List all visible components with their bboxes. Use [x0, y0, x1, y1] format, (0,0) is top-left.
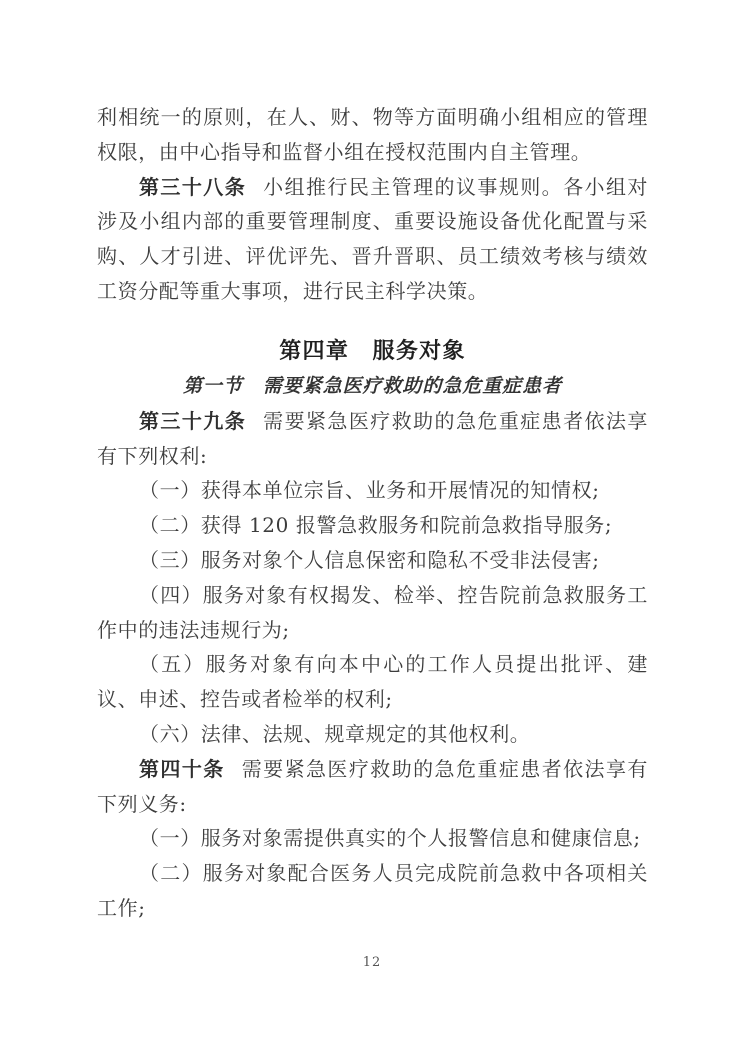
section-heading: 第一节 需要紧急医疗救助的急危重症患者 — [97, 368, 648, 404]
article-39-paragraph: 第三十九条需要紧急医疗救助的急危重症患者依法享有下列权利: — [97, 404, 648, 474]
article-40-number: 第四十条 — [139, 757, 225, 781]
page-number: 12 — [0, 955, 744, 970]
article-38-paragraph: 第三十八条小组推行民主管理的议事规则。各小组对涉及小组内部的重要管理制度、重要设… — [97, 170, 648, 309]
duties-item-2: （二）服务对象配合医务人员完成院前急救中各项相关工作; — [97, 856, 648, 926]
rights-item-2: （二）获得 120 报警急救服务和院前急救指导服务; — [97, 508, 648, 543]
document-page: 利相统一的原则，在人、财、物等方面明确小组相应的管理权限，由中心指导和监督小组在… — [0, 0, 744, 1052]
article-39-number: 第三十九条 — [139, 409, 246, 433]
rights-item-5: （五）服务对象有向本中心的工作人员提出批评、建议、申述、控告或者检举的权利; — [97, 647, 648, 717]
article-40-paragraph: 第四十条需要紧急医疗救助的急危重症患者依法享有下列义务: — [97, 752, 648, 822]
duties-item-1: （一）服务对象需提供真实的个人报警信息和健康信息; — [97, 821, 648, 856]
rights-item-1: （一）获得本单位宗旨、业务和开展情况的知情权; — [97, 473, 648, 508]
article-38-number: 第三十八条 — [139, 175, 246, 199]
chapter-heading: 第四章 服务对象 — [97, 336, 648, 368]
rights-item-6: （六）法律、法规、规章规定的其他权利。 — [97, 717, 648, 752]
rights-item-3: （三）服务对象个人信息保密和隐私不受非法侵害; — [97, 543, 648, 578]
paragraph-continuation: 利相统一的原则，在人、财、物等方面明确小组相应的管理权限，由中心指导和监督小组在… — [97, 100, 648, 170]
rights-item-4: （四）服务对象有权揭发、检举、控告院前急救服务工作中的违法违规行为; — [97, 578, 648, 648]
